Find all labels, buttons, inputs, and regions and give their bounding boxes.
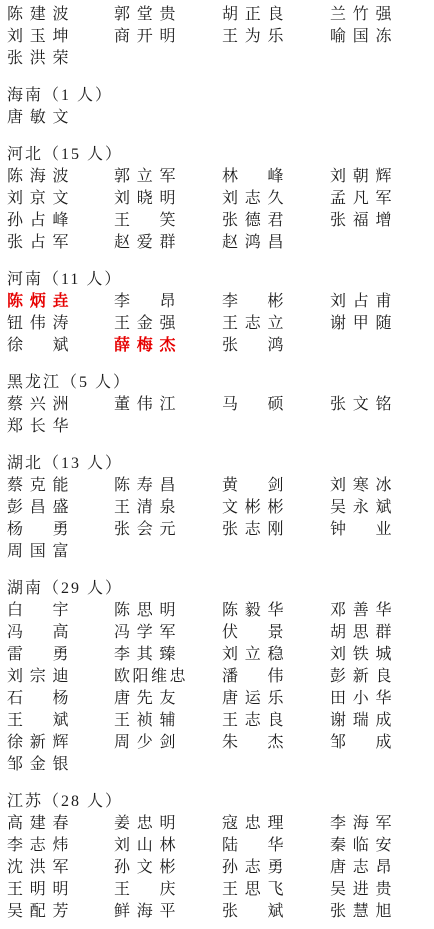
- person-name: 邓善华: [330, 600, 394, 622]
- name-row: 陈海波郭立军林 峰刘朝辉: [7, 166, 428, 188]
- person-name: 刘占甫: [330, 291, 394, 313]
- person-name: 伏 景: [222, 622, 286, 644]
- name-row: 雷 勇李其臻刘立稳刘铁城: [7, 644, 428, 666]
- person-name: 石 杨: [7, 688, 71, 710]
- name-row: 吴配芳鲜海平张 斌张慧旭: [7, 901, 428, 923]
- person-name: 王志良: [222, 710, 286, 732]
- person-name: 白 宇: [7, 600, 71, 622]
- person-name: 张洪荣: [7, 48, 71, 70]
- province-header: 海南（1 人）: [7, 85, 428, 107]
- person-name-highlighted: 陈炳垚: [7, 291, 71, 313]
- person-name: 杨 勇: [7, 519, 71, 541]
- person-name: 陈建波: [7, 4, 71, 26]
- person-name: 刘宗迪: [7, 666, 71, 688]
- name-row: 王 斌王祯辅王志良谢瑞成: [7, 710, 428, 732]
- name-row: 蔡兴洲董伟江马 硕张文铭: [7, 394, 428, 416]
- person-name: 唐敏文: [7, 107, 71, 129]
- continued-name-rows: 陈建波郭堂贵胡正良兰竹强刘玉坤商开明王为乐喻国冻张洪荣: [7, 4, 428, 70]
- province-section: 河北（15 人）陈海波郭立军林 峰刘朝辉刘京文刘晓明刘志久孟凡军孙占峰王 笑张德…: [7, 144, 428, 254]
- person-name: 孟凡军: [330, 188, 394, 210]
- person-name: 李其臻: [114, 644, 178, 666]
- person-name: 张文铭: [330, 394, 394, 416]
- name-row: 郑长华: [7, 416, 428, 438]
- person-name: 兰竹强: [330, 4, 394, 26]
- person-name: 潘 伟: [222, 666, 286, 688]
- person-name: 沈洪军: [7, 857, 71, 879]
- person-name: 雷 勇: [7, 644, 71, 666]
- name-list-document: 陈建波郭堂贵胡正良兰竹强刘玉坤商开明王为乐喻国冻张洪荣海南（1 人）唐敏文河北（…: [0, 0, 434, 923]
- person-name: 谢瑞成: [330, 710, 394, 732]
- person-name: 张福增: [330, 210, 394, 232]
- person-name: 寇忠理: [222, 813, 286, 835]
- name-row: 彭昌盛王清泉文彬彬吴永斌: [7, 497, 428, 519]
- name-row: 冯 高冯学军伏 景胡思群: [7, 622, 428, 644]
- person-name: 董伟江: [114, 394, 178, 416]
- person-name: 张慧旭: [330, 901, 394, 923]
- province-header: 河南（11 人）: [7, 269, 428, 291]
- person-name: 郭立军: [114, 166, 178, 188]
- person-name: 谢甲随: [330, 313, 394, 335]
- name-row: 唐敏文: [7, 107, 428, 129]
- person-name: 马 硕: [222, 394, 286, 416]
- person-name: 王金强: [114, 313, 178, 335]
- name-row: 钮伟涛王金强王志立谢甲随: [7, 313, 428, 335]
- name-row: 徐新辉周少剑朱 杰邹 成: [7, 732, 428, 754]
- name-row: 张洪荣: [7, 48, 428, 70]
- province-section: 江苏（28 人）高建春姜忠明寇忠理李海军李志炜刘山林陆 华秦临安沈洪军孙文彬孙志…: [7, 791, 428, 923]
- person-name: 李志炜: [7, 835, 71, 857]
- person-name: 张 鸿: [222, 335, 286, 357]
- person-name: 王清泉: [114, 497, 178, 519]
- name-row: 李志炜刘山林陆 华秦临安: [7, 835, 428, 857]
- person-name: 陈思明: [114, 600, 178, 622]
- person-name: 刘寒冰: [330, 475, 394, 497]
- person-name: 钟 业: [330, 519, 394, 541]
- person-name: 刘京文: [7, 188, 71, 210]
- person-name: 文彬彬: [222, 497, 286, 519]
- name-row: 孙占峰王 笑张德君张福增: [7, 210, 428, 232]
- name-row: 刘玉坤商开明王为乐喻国冻: [7, 26, 428, 48]
- person-name: 王 斌: [7, 710, 71, 732]
- person-name: 唐运乐: [222, 688, 286, 710]
- person-name: 刘铁城: [330, 644, 394, 666]
- person-name: 刘玉坤: [7, 26, 71, 48]
- person-name: 陆 华: [222, 835, 286, 857]
- person-name: 徐新辉: [7, 732, 71, 754]
- person-name: 张德君: [222, 210, 286, 232]
- person-name: 郭堂贵: [114, 4, 178, 26]
- person-name: 田小华: [330, 688, 394, 710]
- person-name: 赵鸿昌: [222, 232, 286, 254]
- person-name: 邹金银: [7, 754, 71, 776]
- person-name: 冯学军: [114, 622, 178, 644]
- person-name: 王祯辅: [114, 710, 178, 732]
- person-name: 李 彬: [222, 291, 286, 313]
- province-section: 湖南（29 人）白 宇陈思明陈毅华邓善华冯 高冯学军伏 景胡思群雷 勇李其臻刘立…: [7, 578, 428, 776]
- person-name: 吴永斌: [330, 497, 394, 519]
- person-name: 陈毅华: [222, 600, 286, 622]
- name-row: 邹金银: [7, 754, 428, 776]
- person-name: 张 斌: [222, 901, 286, 923]
- person-name: 蔡克能: [7, 475, 71, 497]
- name-row: 刘京文刘晓明刘志久孟凡军: [7, 188, 428, 210]
- person-name: 唐志昂: [330, 857, 394, 879]
- person-name: 喻国冻: [330, 26, 394, 48]
- person-name: 秦临安: [330, 835, 394, 857]
- person-name: 彭昌盛: [7, 497, 71, 519]
- person-name: 王 笑: [114, 210, 178, 232]
- person-name: 陈寿昌: [114, 475, 178, 497]
- person-name: 刘朝辉: [330, 166, 394, 188]
- person-name: 张会元: [114, 519, 178, 541]
- person-name: 周国富: [7, 541, 71, 563]
- person-name: 刘晓明: [114, 188, 178, 210]
- person-name: 欧阳维忠: [114, 666, 188, 688]
- person-name: 王 庆: [114, 879, 178, 901]
- person-name: 徐 斌: [7, 335, 71, 357]
- person-name: 王思飞: [222, 879, 286, 901]
- person-name: 朱 杰: [222, 732, 286, 754]
- name-row: 周国富: [7, 541, 428, 563]
- province-header: 江苏（28 人）: [7, 791, 428, 813]
- person-name: 张占军: [7, 232, 71, 254]
- person-name: 陈海波: [7, 166, 71, 188]
- person-name: 李海军: [330, 813, 394, 835]
- province-section: 海南（1 人）唐敏文: [7, 85, 428, 129]
- person-name: 李 昂: [114, 291, 178, 313]
- province-section: 湖北（13 人）蔡克能陈寿昌黄 剑刘寒冰彭昌盛王清泉文彬彬吴永斌杨 勇张会元张志…: [7, 453, 428, 563]
- person-name: 姜忠明: [114, 813, 178, 835]
- person-name: 黄 剑: [222, 475, 286, 497]
- name-row: 白 宇陈思明陈毅华邓善华: [7, 600, 428, 622]
- person-name: 吴进贵: [330, 879, 394, 901]
- person-name: 周少剑: [114, 732, 178, 754]
- province-header: 黑龙江（5 人）: [7, 372, 428, 394]
- person-name: 王为乐: [222, 26, 286, 48]
- person-name: 彭新良: [330, 666, 394, 688]
- person-name: 商开明: [114, 26, 178, 48]
- person-name: 刘山林: [114, 835, 178, 857]
- person-name: 唐先友: [114, 688, 178, 710]
- person-name: 冯 高: [7, 622, 71, 644]
- person-name: 孙志勇: [222, 857, 286, 879]
- province-section: 黑龙江（5 人）蔡兴洲董伟江马 硕张文铭郑长华: [7, 372, 428, 438]
- person-name: 林 峰: [222, 166, 286, 188]
- name-row: 王明明王 庆王思飞吴进贵: [7, 879, 428, 901]
- person-name: 孙文彬: [114, 857, 178, 879]
- name-row: 徐 斌薛梅杰张 鸿: [7, 335, 428, 357]
- person-name-highlighted: 薛梅杰: [114, 335, 178, 357]
- person-name: 胡思群: [330, 622, 394, 644]
- person-name: 王明明: [7, 879, 71, 901]
- person-name: 刘志久: [222, 188, 286, 210]
- name-row: 刘宗迪欧阳维忠潘 伟彭新良: [7, 666, 428, 688]
- province-header: 河北（15 人）: [7, 144, 428, 166]
- province-header: 湖北（13 人）: [7, 453, 428, 475]
- person-name: 吴配芳: [7, 901, 71, 923]
- province-header: 湖南（29 人）: [7, 578, 428, 600]
- person-name: 胡正良: [222, 4, 286, 26]
- name-row: 石 杨唐先友唐运乐田小华: [7, 688, 428, 710]
- name-row: 张占军赵爱群赵鸿昌: [7, 232, 428, 254]
- name-row: 杨 勇张会元张志刚钟 业: [7, 519, 428, 541]
- person-name: 张志刚: [222, 519, 286, 541]
- person-name: 赵爱群: [114, 232, 178, 254]
- person-name: 王志立: [222, 313, 286, 335]
- person-name: 邹 成: [330, 732, 394, 754]
- name-row: 高建春姜忠明寇忠理李海军: [7, 813, 428, 835]
- name-row: 沈洪军孙文彬孙志勇唐志昂: [7, 857, 428, 879]
- person-name: 孙占峰: [7, 210, 71, 232]
- person-name: 鲜海平: [114, 901, 178, 923]
- person-name: 高建春: [7, 813, 71, 835]
- person-name: 蔡兴洲: [7, 394, 71, 416]
- name-row: 蔡克能陈寿昌黄 剑刘寒冰: [7, 475, 428, 497]
- name-row: 陈建波郭堂贵胡正良兰竹强: [7, 4, 428, 26]
- name-row: 陈炳垚李 昂李 彬刘占甫: [7, 291, 428, 313]
- person-name: 刘立稳: [222, 644, 286, 666]
- person-name: 郑长华: [7, 416, 71, 438]
- person-name: 钮伟涛: [7, 313, 71, 335]
- province-section: 河南（11 人）陈炳垚李 昂李 彬刘占甫钮伟涛王金强王志立谢甲随徐 斌薛梅杰张 …: [7, 269, 428, 357]
